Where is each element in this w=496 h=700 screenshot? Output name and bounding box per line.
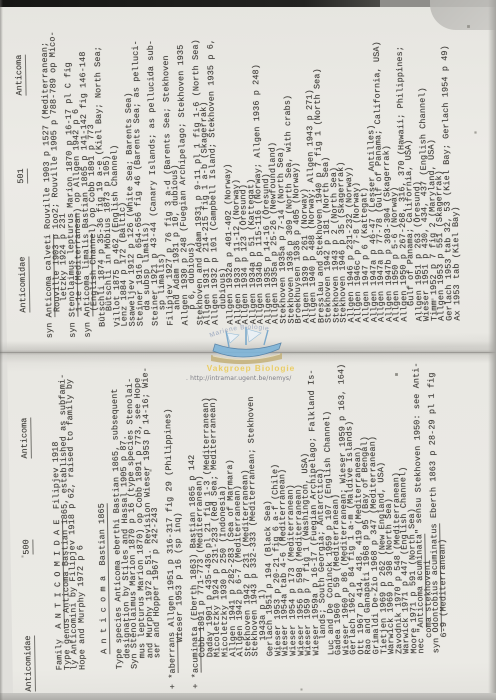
- running-head-genus: Anticoma: [20, 418, 32, 459]
- page-500-text: Family A N T I C O M I D A E Filipjev 19…: [51, 362, 449, 691]
- page-501-running-head: Anticomidae 501 Anticoma: [15, 55, 31, 313]
- scan-edge-top: [0, 0, 380, 7]
- running-head-family: Anticomidae: [18, 256, 30, 312]
- watermark-logo: Mariene Biologie Vakgroep Biologie . htt…: [183, 314, 319, 382]
- nemys-watermark: Mariene Biologie Vakgroep Biologie . htt…: [183, 314, 319, 382]
- page-500: Anticomidae 500 Anticoma Family A N T I …: [7, 346, 496, 700]
- scan-edge-bottom: [0, 693, 496, 700]
- scanned-book-spread: Anticomidae 500 Anticoma Family A N T I …: [0, 0, 496, 700]
- page-500-running-head: Anticomidae 500 Anticoma: [20, 418, 36, 692]
- running-head-family: Anticomidae: [24, 635, 36, 691]
- dust-specks: [0, 0, 1, 1]
- page-501: Anticomidae 501 Anticoma syn Anticoma ca…: [1, 0, 496, 355]
- page-501-text: syn Anticoma calveti Rouville 1903 p 152…: [41, 24, 461, 338]
- running-head-genus: Anticoma: [15, 55, 27, 96]
- scan-edge-left: [0, 0, 3, 700]
- watermark-group-text: Vakgroep Biologie: [207, 364, 295, 373]
- page-number-500: 500: [22, 539, 33, 555]
- page-number-501: 501: [17, 168, 28, 184]
- watermark-arc-text: Mariene Biologie: [209, 324, 270, 339]
- watermark-url: . http://intramar.ugent.be/nemys/: [186, 375, 292, 382]
- scan-edge-right: [488, 0, 496, 700]
